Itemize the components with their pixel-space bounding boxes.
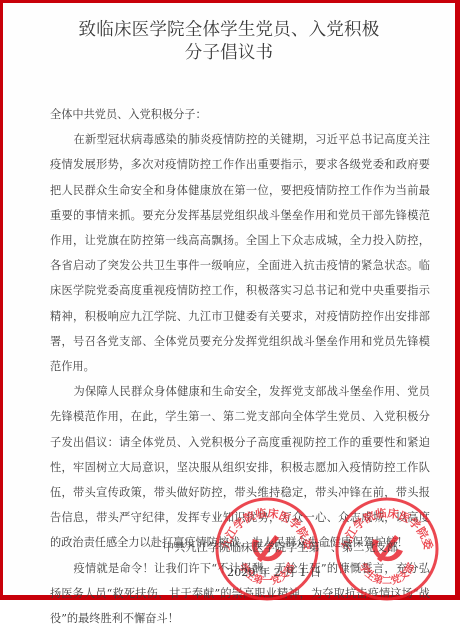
salutation: 全体中共党员、入党积极分子：: [50, 102, 430, 127]
paragraph-1: 在新型冠状病毒感染的肺炎疫情防控的关键期，习近平总书记高度关注疫情发展形势，多次…: [50, 127, 430, 379]
document-frame: 致临床医学院全体学生党员、入党积极 分子倡议书 全体中共党员、入党积极分子： 在…: [0, 0, 460, 600]
svg-text:学生第二党支部: 学生第二党支部: [356, 561, 417, 588]
document-date: 2020 年 2 月 1 日: [227, 564, 321, 580]
title-line-1: 致临床医学院全体学生党员、入党积极: [3, 19, 455, 42]
seal-bottom-text: 学生第二党支部: [356, 561, 417, 588]
document-title: 致临床医学院全体学生党员、入党积极 分子倡议书: [3, 19, 455, 65]
signature: 中共九江学院临床医学院学生第一、第二党支部: [163, 539, 398, 555]
title-line-2: 分子倡议书: [3, 42, 455, 65]
